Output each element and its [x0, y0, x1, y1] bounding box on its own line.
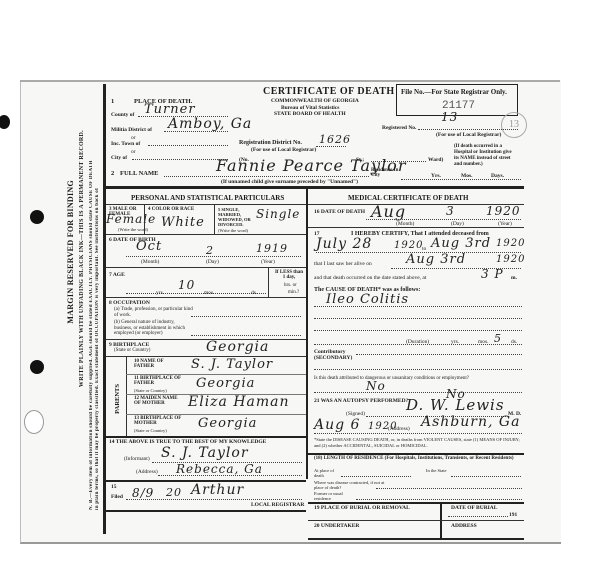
sheet-top-edge [20, 80, 560, 82]
attended-to-date[interactable]: Aug 3rd [431, 236, 491, 251]
sign-address-label: (Address) [388, 426, 410, 432]
column-divider [306, 189, 308, 479]
divider [308, 538, 524, 540]
filed-label: Filed [111, 494, 123, 500]
divider [126, 374, 306, 375]
filed-signer[interactable]: Arthur [191, 482, 244, 498]
mother-bp-value[interactable]: Georgia [198, 416, 257, 431]
reg-district-label: Registration District No. [239, 140, 302, 146]
sign-address-value[interactable]: Ashburn, Ga [421, 414, 520, 430]
full-name-line [164, 176, 369, 177]
dob-month-note: (Month) [141, 259, 159, 265]
header-commonwealth: COMMONWEALTH OF GEORGIA [271, 98, 359, 104]
race-value[interactable]: White [161, 215, 205, 230]
header-board: STATE BOARD OF HEALTH [274, 111, 346, 117]
dob-day-note: (Day) [206, 259, 219, 265]
divider [308, 502, 524, 504]
reg-district-note: (For use of Local Registrar) [251, 147, 316, 153]
town-label: Inc. Town of [111, 141, 140, 147]
registered-no-line [418, 129, 518, 130]
divider [308, 520, 524, 521]
ward-label: Ward) [428, 157, 443, 163]
filed-line [126, 499, 302, 500]
dob-year-note: (Year) [261, 259, 275, 265]
less-label: If LESS than 1 day, [274, 270, 304, 280]
divider [106, 510, 306, 512]
attended-from-date[interactable]: July 28 [316, 236, 372, 252]
occupation-b-line[interactable] [191, 335, 301, 336]
state-note: *State the DISEASE CAUSING DEATH, or, in… [314, 437, 522, 448]
burial-date-line[interactable] [448, 516, 508, 517]
city-label: City of [111, 155, 127, 161]
contributory-label: Contributory (SECONDARY) [314, 349, 359, 361]
divider [308, 453, 524, 455]
occupation-b: (b) General nature of industry, business… [114, 320, 194, 337]
hrs-label: hrs. or [284, 283, 297, 288]
divider [106, 204, 306, 205]
residence-line[interactable] [401, 179, 521, 180]
father-bp-note: (State or Country) [134, 388, 167, 393]
occupation-a-line[interactable] [191, 316, 301, 317]
dod-year[interactable]: 1920 [486, 204, 521, 218]
file-box-label: File No.—For State Registrar Only. [401, 88, 507, 96]
binding-hole [0, 115, 10, 129]
name-num: 2 [111, 170, 114, 177]
sex-value[interactable]: Female [106, 212, 156, 226]
residence-label: Residence In City [371, 168, 399, 178]
occurred-m: m. [511, 275, 517, 281]
divider [106, 297, 306, 298]
place-num: 1 [111, 98, 114, 105]
registered-no-note: (For use of Local Registrar) [436, 132, 501, 138]
full-name-label: FULL NAME [120, 170, 158, 177]
informant-label: (Informant) [124, 456, 150, 462]
dob-line [126, 256, 301, 257]
age-yrs-label: yrs. [156, 290, 164, 296]
in-state-line[interactable] [451, 476, 521, 477]
where-contracted-line[interactable] [376, 488, 522, 489]
filed-year[interactable]: 20 [166, 486, 182, 499]
divider [126, 414, 306, 415]
occupation-label: 8 OCCUPATION [109, 300, 150, 306]
informant-address-line [158, 475, 302, 476]
at-place-label: At place of death [314, 468, 342, 478]
parents-label: PARENTS [114, 384, 121, 414]
divider [440, 502, 442, 540]
local-registrar-label: LOCAL REGISTRAR [251, 502, 304, 508]
marital-label: 5 SINGLE, MARRIED, WIDOWED, OR DIVORCED. [218, 207, 258, 227]
city-line[interactable] [132, 159, 228, 160]
filed-num: 15 [111, 484, 117, 490]
margin-ink-text: WRITE PLAINLY WITH UNFADING BLACK INK—TH… [79, 130, 85, 387]
in-state-label: In the State [426, 468, 451, 473]
binding-notch [24, 410, 44, 434]
burial-date-label: DATE OF BURIAL [451, 505, 497, 511]
divider [144, 204, 145, 234]
reg-district-value[interactable]: 1626 [319, 133, 351, 146]
dod-line [366, 219, 521, 220]
certificate-title: CERTIFICATE OF DEATH [263, 86, 395, 97]
age-label: 7 AGE [109, 272, 125, 278]
margin-binding-text: MARGIN RESERVED FOR BINDING [66, 180, 75, 324]
duration-line [314, 344, 522, 345]
mother-bp-label: 13 BIRTHPLACE OF MOTHER [134, 416, 184, 426]
divider [106, 436, 306, 438]
informant-address-value[interactable]: Rebecca, Ga [176, 462, 263, 476]
birthplace-value[interactable]: Georgia [206, 339, 269, 355]
personal-heading: PERSONAL AND STATISTICAL PARTICULARS [131, 194, 284, 202]
cause-line-1 [314, 306, 522, 307]
race-label: 4 COLOR OR RACE [148, 207, 194, 212]
section-divider [106, 186, 524, 189]
militia-value[interactable]: Amboy, Ga [168, 116, 252, 132]
medical-heading: MEDICAL CERTIFICATE OF DEATH [348, 194, 468, 202]
undertaker-label: 20 UNDERTAKER [314, 523, 359, 529]
marital-note: (Write the word) [218, 228, 248, 233]
attended-to-year[interactable]: 1920 [496, 238, 525, 249]
mother-bp-note: (State or Country) [134, 428, 167, 433]
registered-no-label: Registered No. [382, 125, 416, 131]
occupation-a: (a) Trade, profession, or particular kin… [114, 307, 194, 318]
attended-from-year[interactable]: 1920 [394, 240, 423, 251]
occurred-text: and that death occurred on the date stat… [314, 275, 426, 281]
divider [106, 267, 306, 268]
divider [268, 267, 269, 297]
age-mos-label: mos. [204, 290, 215, 296]
father-bp-value[interactable]: Georgia [196, 376, 255, 391]
occurred-time[interactable]: 3 P [481, 267, 504, 281]
dangerous-line [314, 392, 522, 393]
dob-month[interactable]: Oct [136, 239, 162, 254]
birthplace-note: (State or Country) [114, 348, 150, 353]
former-residence-label: Former or usual residence [314, 491, 359, 501]
sign-date[interactable]: Aug 6 [314, 417, 360, 433]
divider [106, 234, 306, 235]
marital-value[interactable]: Single [256, 207, 300, 221]
death-certificate-form: CERTIFICATE OF DEATH COMMONWEALTH OF GEO… [103, 84, 561, 534]
last-saw-year[interactable]: 1920 [496, 254, 525, 265]
cause-line-3 [314, 330, 522, 331]
father-bp-label: 11 BIRTHPLACE OF FATHER [134, 376, 184, 386]
former-residence-line[interactable] [356, 499, 522, 500]
informant-value[interactable]: S. J. Taylor [161, 445, 249, 461]
physician-signature[interactable]: D. W. Lewis [406, 396, 505, 414]
cause-line-2 [314, 318, 522, 319]
sign-address-line [314, 433, 522, 434]
mother-label: 12 MAIDEN NAME OF MOTHER [134, 396, 184, 406]
father-value[interactable]: S. J. Taylor [191, 357, 273, 372]
reg-district-line [316, 146, 346, 147]
age-line [126, 293, 266, 294]
cause-value[interactable]: Ileo Colitis [326, 292, 409, 307]
county-value[interactable]: Turner [144, 102, 196, 117]
min-label: min.? [288, 290, 299, 295]
informant-address-label: (Address) [136, 469, 158, 475]
father-label: 10 NAME OF FATHER [134, 359, 174, 369]
margin-note-1: N. B.—Every item of information should b… [89, 120, 94, 510]
dod-label: 16 DATE OF DEATH [314, 209, 365, 215]
full-name-note: (If unnamed child give surname preceded … [221, 179, 358, 185]
undertaker-address-label: ADDRESS [451, 523, 477, 529]
margin-note-2: in plain terms, so that it may be proper… [95, 130, 100, 510]
divider [126, 356, 127, 436]
dangerous-label: Is this death attributed to dangerous or… [314, 376, 469, 381]
binding-hole [30, 360, 44, 374]
divider [308, 227, 524, 228]
contributory-line[interactable] [356, 354, 522, 355]
county-label: County of [111, 112, 134, 118]
autopsy-label: 21 WAS AN AUTOPSY PERFORMED? [314, 398, 408, 404]
filed-date[interactable]: 8/9 [132, 486, 154, 500]
residence-length-label: (18) LENGTH OF RESIDENCE (For Hospitals,… [314, 456, 522, 462]
age-ds-label: ds. [251, 290, 257, 296]
or-text: or [131, 149, 136, 155]
hospital-note: (If death occurred in a Hospital or Inst… [454, 144, 516, 168]
dod-day[interactable]: 3 [446, 204, 455, 218]
last-saw-date[interactable]: Aug 3rd [406, 252, 466, 267]
burial-label: 19 PLACE OF BURIAL OR REMOVAL [314, 505, 410, 511]
dangerous-value[interactable]: No [366, 379, 386, 393]
mother-value[interactable]: Eliza Haman [188, 394, 290, 410]
burial-year-prefix: 191 [509, 512, 517, 518]
age-months[interactable]: 10 [178, 278, 195, 292]
registered-no-value: 13 [441, 110, 458, 124]
at-place-line[interactable] [341, 476, 411, 477]
dob-year[interactable]: 1919 [256, 242, 288, 255]
divider [214, 204, 215, 234]
contributory-duration-line [314, 369, 522, 370]
binding-hole [30, 210, 44, 224]
stamp-circle: 13 [501, 112, 527, 138]
last-saw-text: that I last saw her alive on [314, 261, 372, 267]
militia-label: Militia District of [111, 127, 152, 133]
town-line[interactable] [148, 145, 228, 146]
